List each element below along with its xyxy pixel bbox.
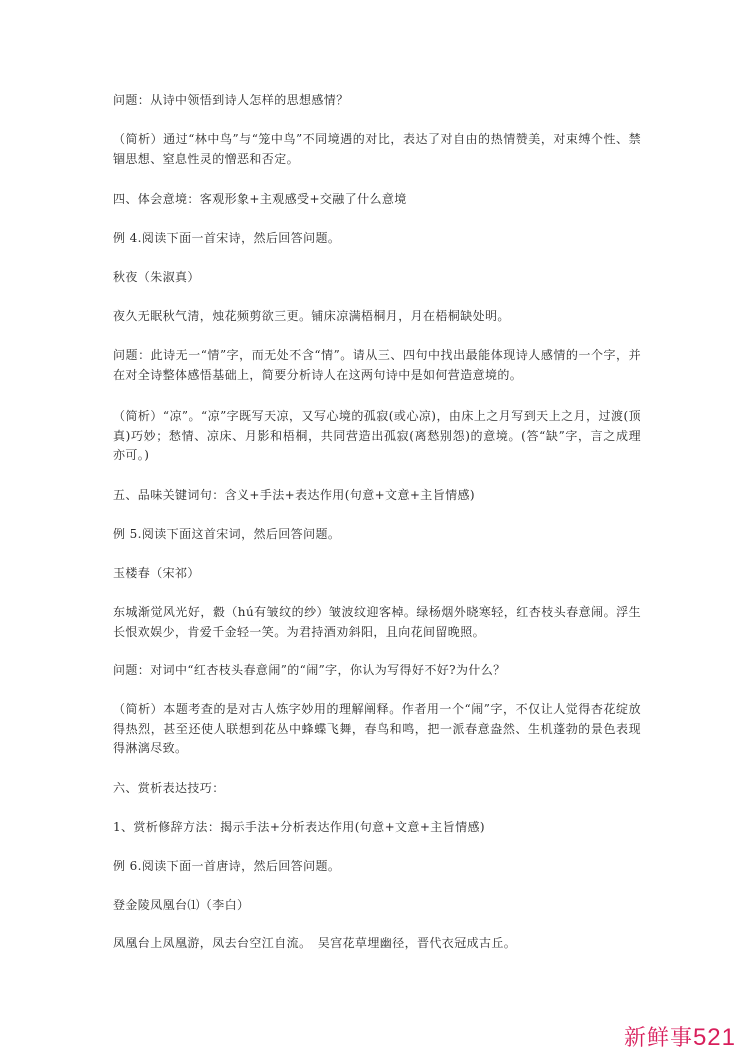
- watermark-text: 新鲜事: [624, 1026, 693, 1051]
- section-heading-5: 五、品味关键词句：含义+手法+表达作用(句意+文意+主旨情感): [113, 486, 641, 506]
- section-heading-6: 六、赏析表达技巧：: [113, 779, 641, 799]
- subheading-6-1: 1、赏析修辞方法：揭示手法+分析表达作用(句意+文意+主旨情感): [113, 818, 641, 838]
- analysis-4: （简析）“凉”。“凉”字既写天凉，又写心境的孤寂(或心凉)，由床上之月写到天上之…: [113, 407, 641, 466]
- watermark-number: 521: [693, 1024, 736, 1051]
- poem-6-title: 登金陵凤凰台⑴（李白）: [113, 896, 641, 916]
- analysis-bird: （简析）通过“林中鸟”与“笼中鸟”不同境遇的对比，表达了对自由的热情赞美，对束缚…: [113, 130, 641, 169]
- example-4-prompt: 例 4.阅读下面一首宋诗，然后回答问题。: [113, 229, 641, 249]
- section-heading-4: 四、体会意境：客观形象+主观感受+交融了什么意境: [113, 190, 641, 210]
- poem-5-body: 东城渐觉风光好，縠（hú有皱纹的纱）皱波纹迎客棹。绿杨烟外晓寒轻，红杏枝头春意闹…: [113, 603, 641, 642]
- document-page: 问题：从诗中领悟到诗人怎样的思想感情？ （简析）通过“林中鸟”与“笼中鸟”不同境…: [0, 0, 750, 1060]
- analysis-5: （简析）本题考查的是对古人炼字妙用的理解阐释。作者用一个“闹”字，不仅让人觉得杏…: [113, 700, 641, 759]
- watermark: 新鲜事521: [624, 1021, 736, 1052]
- question-5: 问题：对词中“红杏枝头春意闹”的“闹”字，你认为写得好不好?为什么？: [113, 661, 641, 681]
- question-4: 问题：此诗无一“情”字，而无处不含“情”。请从三、四句中找出最能体现诗人感情的一…: [113, 346, 641, 385]
- poem-5-title: 玉楼春（宋祁）: [113, 564, 641, 584]
- poem-4-body: 夜久无眠秋气清，烛花频剪欲三更。铺床凉满梧桐月，月在梧桐缺处明。: [113, 307, 641, 327]
- poem-4-title: 秋夜（朱淑真）: [113, 268, 641, 288]
- question-bird: 问题：从诗中领悟到诗人怎样的思想感情？: [113, 91, 641, 111]
- example-5-prompt: 例 5.阅读下面这首宋词，然后回答问题。: [113, 525, 641, 545]
- example-6-prompt: 例 6.阅读下面一首唐诗，然后回答问题。: [113, 857, 641, 877]
- poem-6-body: 凤凰台上凤凰游，凤去台空江自流。 吴宫花草埋幽径，晋代衣冠成古丘。: [113, 934, 641, 954]
